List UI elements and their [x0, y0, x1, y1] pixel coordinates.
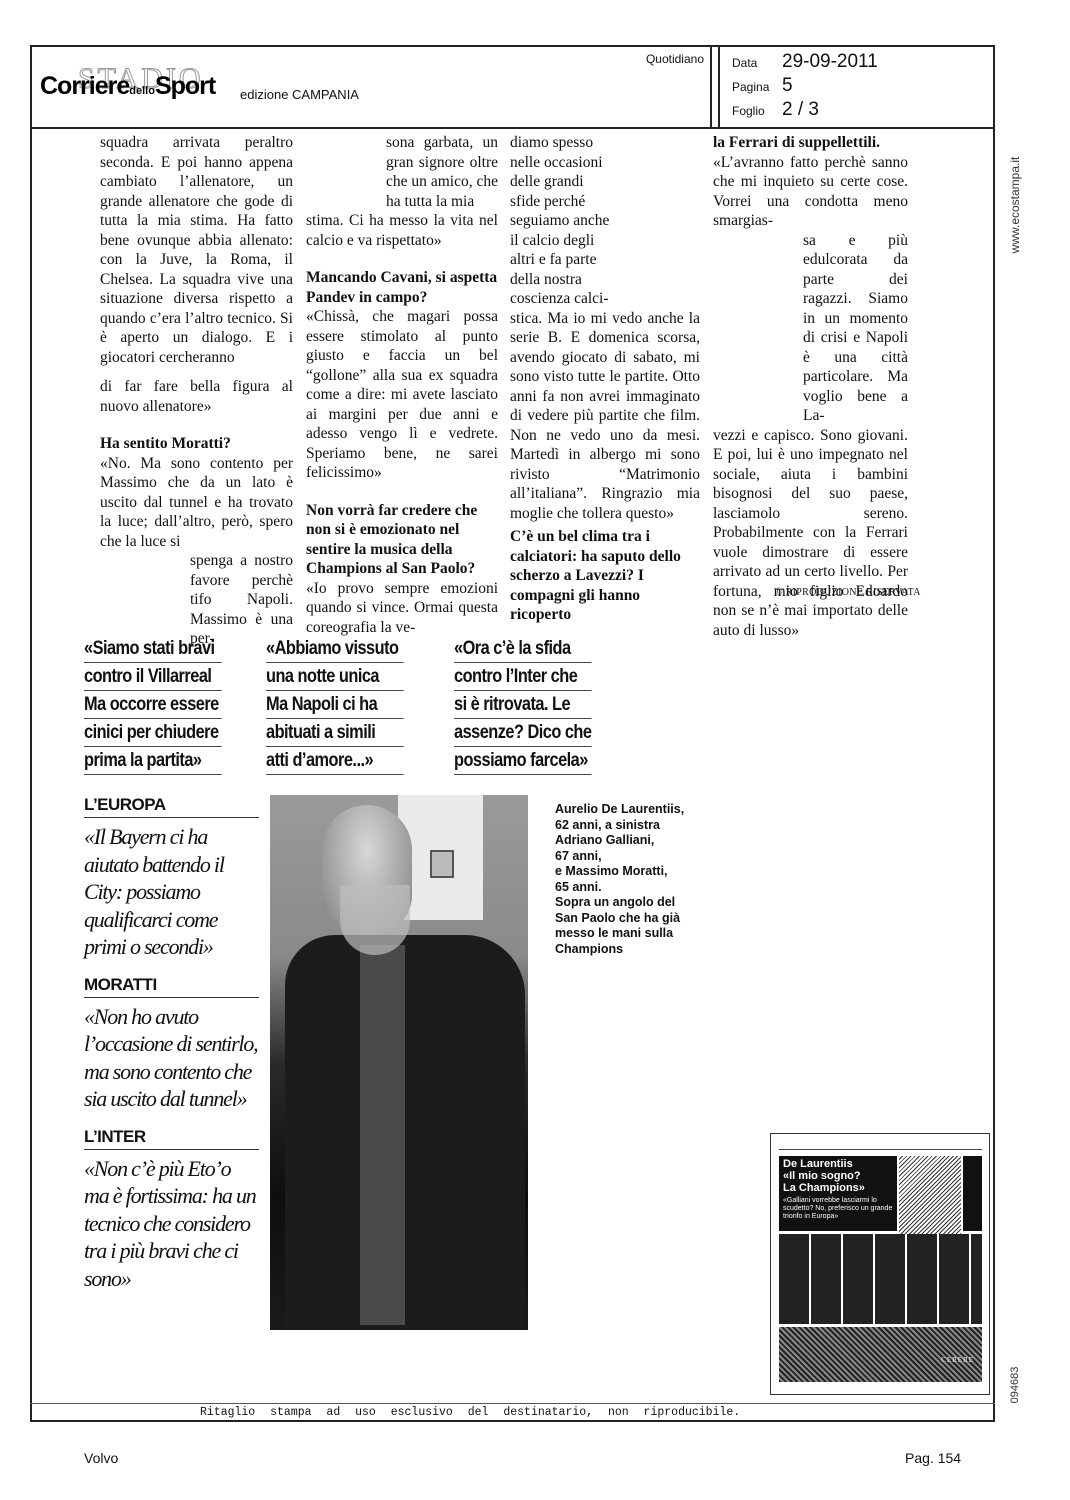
publication-type: Quotidiano [646, 52, 704, 66]
footer-notice-bar: Ritaglio stampa ad uso esclusivo del des… [30, 1403, 995, 1422]
photo-jacket [285, 935, 525, 1330]
photo-sign [430, 850, 454, 878]
interview-question: C’è un bel clima tra i calciatori: ha sa… [510, 527, 700, 625]
paragraph: squadra arrivata peraltro seconda. E poi… [100, 133, 293, 367]
photo-beard [340, 885, 410, 955]
sidebar-quote: «Non ho avuto l’occasione di sentirlo, m… [84, 1003, 259, 1113]
paragraph: spenga a nostro favore perchè tifo Napol… [100, 551, 293, 649]
sidebar-heading: MORATTI [84, 975, 259, 998]
sidebar-heading: L’INTER [84, 1127, 259, 1150]
thumbnail-ad-text: CERERE [941, 1356, 974, 1364]
interview-question: Mancando Cavani, si aspetta Pandev in ca… [306, 268, 498, 307]
client-name: Volvo [84, 1450, 118, 1466]
page-number: Pag. 154 [905, 1450, 961, 1466]
article-column-3: diamo spesso nelle occasioni delle grand… [510, 133, 700, 625]
interview-question: la Ferrari di suppellettili. [713, 133, 908, 153]
paragraph: stica. Ma io mi vedo anche la serie B. E… [510, 309, 700, 524]
interview-question: Ha sentito Moratti? [100, 434, 293, 454]
sidebar-quotes: L’EUROPA «Il Bayern ci ha aiutato batten… [84, 795, 259, 1306]
interview-question: Non vorrà far credere che non si è emozi… [306, 501, 498, 579]
side-code: 094683 [1000, 1360, 1030, 1410]
sidebar-quote: «Non c’è più Eto’o ma è fortissima: ha u… [84, 1155, 259, 1293]
article-column-2: sona garbata, un gran signore oltre che … [306, 133, 498, 637]
thumbnail-topbar [779, 1144, 982, 1150]
page-thumbnail: De Laurentiis «Il mio sogno? La Champion… [770, 1133, 990, 1395]
pull-quote-1: «Siamo stati bravi contro il Villarreal … [84, 635, 244, 775]
photo-shirt [360, 945, 405, 1325]
photo-caption: Aurelio De Laurentiis, 62 anni, a sinist… [555, 802, 730, 957]
sidebar-heading: L’EUROPA [84, 795, 259, 818]
article-column-4: la Ferrari di suppellettili. «L’avranno … [713, 133, 908, 640]
pull-quote-3: «Ora c’è la sfida contro l’Inter che si … [454, 635, 614, 775]
paragraph: vezzi e capisco. Sono giovani. E poi, lu… [713, 426, 908, 641]
paragraph: stima. Ci ha messo la vita nel calcio e … [306, 211, 498, 250]
edition-label: edizione CAMPANIA [240, 87, 359, 102]
thumbnail-body-text [779, 1234, 982, 1324]
sidebar-quote: «Il Bayern ci ha aiutato battendo il Cit… [84, 823, 259, 961]
meta-date: Data29-09-2011 [732, 51, 878, 73]
copyright-notice: © RIPRODUZIONE RISERVATA [775, 587, 921, 598]
paragraph: «L’avranno fatto perchè sanno che mi inq… [713, 153, 908, 231]
paragraph: «Chissà, che magari possa essere stimola… [306, 307, 498, 483]
publication-type-box: Quotidiano [620, 45, 712, 129]
article-column-1: squadra arrivata peraltro seconda. E poi… [100, 133, 293, 649]
paragraph: sa e più edulcorata da parte dei ragazzi… [713, 231, 908, 426]
paragraph: «No. Ma sono contento per Massimo che da… [100, 454, 293, 552]
paragraph: diamo spesso nelle occasioni delle grand… [510, 133, 610, 309]
header: STADIO CorrieredelloSport edizione CAMPA… [30, 45, 995, 129]
meta-page: Pagina5 [732, 75, 793, 97]
thumbnail-title-block: De Laurentiis «Il mio sogno? La Champion… [779, 1156, 897, 1231]
footer-notice: Ritaglio stampa ad uso esclusivo del des… [200, 1406, 740, 1419]
paragraph: sona garbata, un gran signore oltre che … [306, 133, 498, 211]
side-url: www.ecostampa.it [1000, 140, 1030, 270]
masthead: STADIO CorrieredelloSport edizione CAMPA… [30, 45, 710, 129]
thumbnail-sidebox [963, 1156, 982, 1231]
thumbnail-advert [779, 1327, 982, 1382]
logo-main: Corriere [40, 72, 129, 100]
paragraph: di far fare bella figura al nuovo allena… [100, 377, 293, 416]
logo-dello: dello [129, 85, 155, 97]
paragraph: «Io provo sempre emozioni quando si vinc… [306, 579, 498, 638]
meta-sheet: Foglio2 / 3 [732, 99, 819, 121]
meta-box: Data29-09-2011 Pagina5 Foglio2 / 3 [718, 45, 995, 129]
newspaper-logo: CorrieredelloSport [40, 72, 215, 101]
portrait-photo [270, 795, 528, 1330]
pull-quote-2: «Abbiamo vissuto una notte unica Ma Napo… [266, 635, 426, 775]
logo-sport: Sport [155, 72, 215, 100]
